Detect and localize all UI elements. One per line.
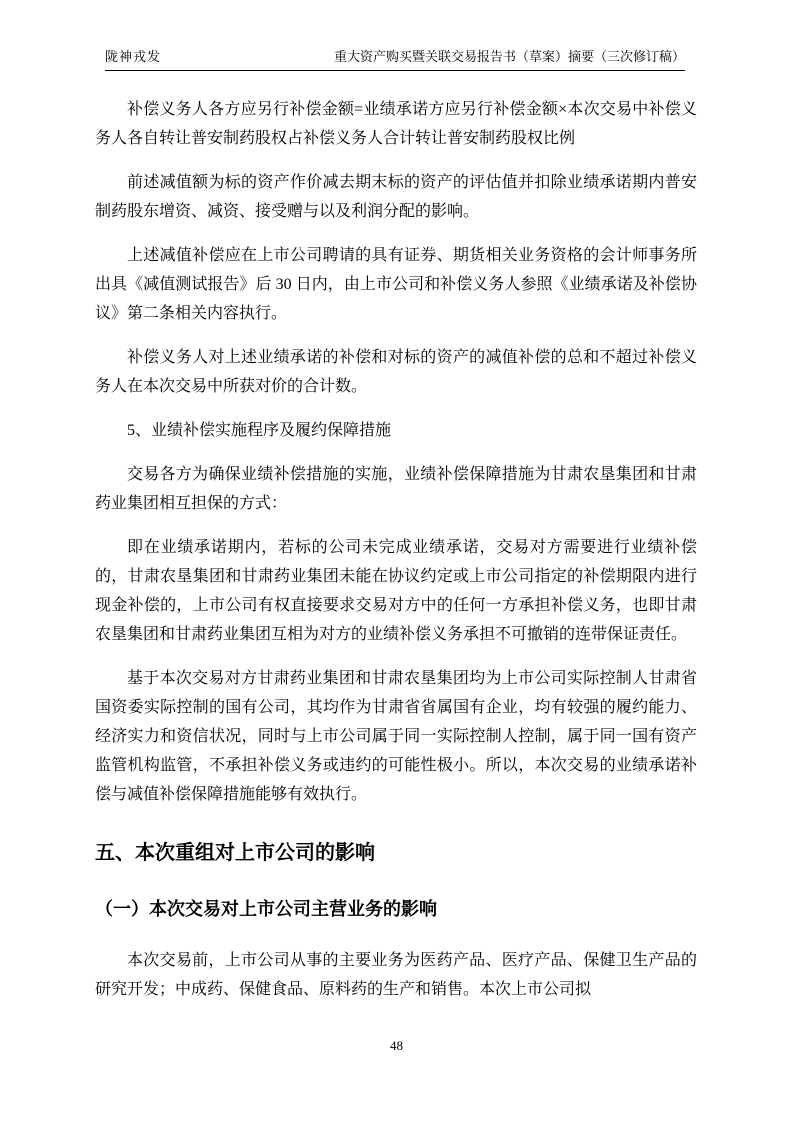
page-header: 陇神戎发 重大资产购买暨关联交易报告书（草案）摘要（三次修订稿）	[105, 48, 685, 71]
paragraph-main-business-before-transaction: 本次交易前，上市公司从事的主要业务为医药产品、医疗产品、保健卫生产品的研究开发；…	[95, 946, 697, 1004]
section-heading-5-impact-on-listed-company: 五、本次重组对上市公司的影响	[95, 839, 697, 867]
subsection-heading-1-impact-on-main-business: （一）本次交易对上市公司主营业务的影响	[95, 896, 697, 922]
page-number: 48	[390, 1038, 403, 1053]
document-body: 补偿义务人各方应另行补偿金额=业绩承诺方应另行补偿金额×本次交易中补偿义务人各自…	[95, 95, 697, 1004]
header-company-short-name: 陇神戎发	[105, 48, 161, 66]
document-page: 陇神戎发 重大资产购买暨关联交易报告书（草案）摘要（三次修订稿） 补偿义务人各方…	[0, 0, 793, 1122]
paragraph-compensation-cap: 补偿义务人对上述业绩承诺的补偿和对标的资产的减值补偿的总和不超过补偿义务人在本次…	[95, 343, 697, 401]
subheading-5-performance-compensation-procedures: 5、业绩补偿实施程序及履约保障措施	[95, 416, 697, 445]
paragraph-impairment-definition: 前述减值额为标的资产作价减去期末标的资产的评估值并扣除业绩承诺期内普安制药股东增…	[95, 168, 697, 226]
page-footer: 48	[0, 1038, 793, 1053]
paragraph-mutual-guarantee-detail: 即在业绩承诺期内，若标的公司未完成业绩承诺，交易对方需要进行业绩补偿的，甘肃农垦…	[95, 533, 697, 649]
paragraph-impairment-compensation-execution: 上述减值补偿应在上市公司聘请的具有证券、期货相关业务资格的会计师事务所出具《减值…	[95, 241, 697, 328]
header-document-title: 重大资产购买暨关联交易报告书（草案）摘要（三次修订稿）	[334, 48, 685, 66]
paragraph-compensation-formula: 补偿义务人各方应另行补偿金额=业绩承诺方应另行补偿金额×本次交易中补偿义务人各自…	[95, 95, 697, 153]
paragraph-mutual-guarantee-intro: 交易各方为确保业绩补偿措施的实施，业绩补偿保障措施为甘肃农垦集团和甘肃药业集团相…	[95, 460, 697, 518]
paragraph-guarantee-effectiveness-rationale: 基于本次交易对方甘肃药业集团和甘肃农垦集团均为上市公司实际控制人甘肃省国资委实际…	[95, 664, 697, 809]
